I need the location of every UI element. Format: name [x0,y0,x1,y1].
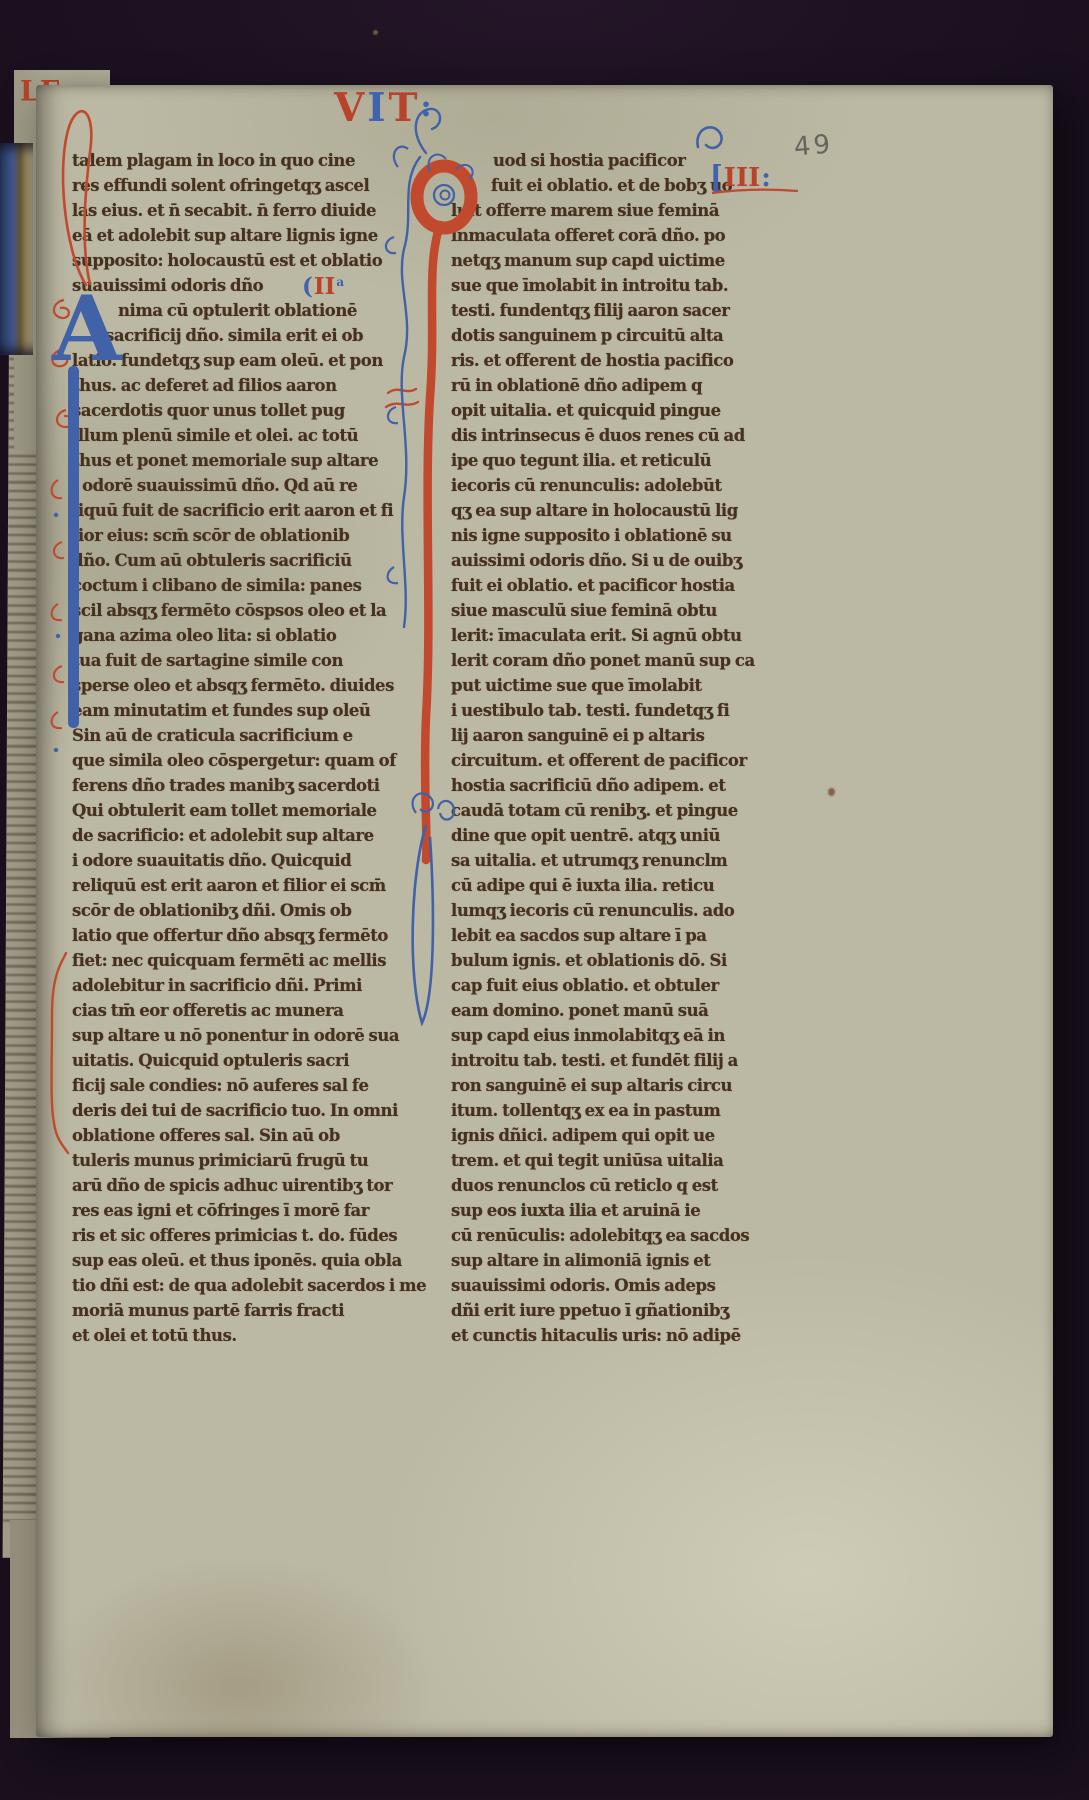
text-line: netqʒ manum sup capd uictime [451,248,783,274]
text-line: cū renūculis: adolebitqʒ ea sacdos [451,1223,783,1249]
text-line: et olei et totū thus. [72,1323,380,1349]
text-line: lumqʒ iecoris cū renunculis. ado [451,898,783,924]
text-line: sup altare in alimoniā ignis et [451,1248,783,1274]
text-line: coctum i clibano de simila: panes [72,573,380,599]
text-line: sup eas oleū. et thus iponēs. quia obla [72,1248,380,1274]
text-line: latio. fundetqʒ sup eam oleū. et pon [72,348,380,374]
text-line: i odore suauitatis dño. Quicquid [72,848,380,874]
chapter-numeral: II [314,273,336,300]
text-line: trem. et qui tegit uniūsa uitalia [451,1148,783,1174]
text-line: et cunctis hitaculis uris: nō adipē [451,1323,783,1349]
text-line: res effundi solent ofringetqʒ ascel [72,173,380,199]
manuscript-page: V I T : 49 talem plagam in loco in quo c… [36,85,1053,1737]
text-line: thus et ponet memoriale sup altare [72,448,380,474]
text-line: circuitum. et offerent de pacificor [451,748,783,774]
paraph-mark: ( [302,273,313,300]
text-line: ris. et offerent de hostia pacifico [451,348,783,374]
text-line: eam minutatim et fundes sup oleū [72,698,380,724]
text-line: opit uitalia. et quicquid pingue [451,398,783,424]
text-line: dis intrinsecus ē duos renes cū ad [451,423,783,449]
stain-speck [373,30,378,35]
left-text-column: talem plagam in loco in quo cineres effu… [72,148,380,1348]
text-line: arū dño de spicis adhuc uirentibʒ tor [72,1173,380,1199]
text-line: i odorē suauissimū dño. Qd aū re [72,473,380,499]
text-line: nima cū optulerit oblationē [72,298,380,324]
text-line: tua fuit de sartagine simile con [72,648,380,674]
text-line: ron sanguinē ei sup altaris circu [451,1073,783,1099]
text-line: reliquū est erit aaron et filior ei scm̄ [72,873,380,899]
text-line: introitu tab. testi. et fundēt filij a [451,1048,783,1074]
text-line: qʒ ea sup altare in holocaustū lig [451,498,783,524]
text-line: auissimi odoris dño. Si u de ouibʒ [451,548,783,574]
text-line: sue que īmolabit in introitu tab. [451,273,783,299]
text-line: dño. Cum aū obtuleris sacrificiū [72,548,380,574]
text-line: cū adipe qui ē iuxta ilia. reticu [451,873,783,899]
text-line: latio que offertur dño absqʒ fermēto [72,923,380,949]
text-line: oblatione offeres sal. Sin aū ob [72,1123,380,1149]
text-line: illum plenū simile et olei. ac totū [72,423,380,449]
manuscript-photo: LE V I T : 49 talem plagam in loco in qu… [0,0,1089,1800]
text-line: iecoris cū renunculis: adolebūt [451,473,783,499]
running-title-colon: : [421,85,432,129]
text-line: dñi erit iure ppetuo ī gñationibʒ [451,1298,783,1324]
text-line: adolebitur in sacrificio dñi. Primi [72,973,380,999]
text-line: tio dñi est: de qua adolebit sacerdos i … [72,1273,380,1299]
running-title-letter: V [334,85,364,131]
text-line: cap fuit eius oblatio. et obtuler [451,973,783,999]
text-line: luit offerre marem siue feminā [451,198,783,224]
text-line: deris dei tui de sacrificio tuo. In omni [72,1098,380,1124]
chapter-suffix: a [336,275,344,289]
text-line: sa uitalia. et utrumqʒ renunclm [451,848,783,874]
text-line: inmaculata offeret corā dño. po [451,223,783,249]
text-line: thus. ac deferet ad filios aaron [72,373,380,399]
text-line: Sin aū de craticula sacrificium e [72,723,380,749]
text-line: talem plagam in loco in quo cine [72,148,380,174]
text-line: lerit coram dño ponet manū sup ca [451,648,783,674]
text-line: eā et adolebit sup altare lignis igne [72,223,380,249]
text-line: dotis sanguinem p circuitū alta [451,323,783,349]
text-line: sacerdotis quor unus tollet pug [72,398,380,424]
text-line: lior eius: scm̄ scōr de oblationib [72,523,380,549]
text-line: res eas igni et cōfringes ī morē far [72,1198,380,1224]
text-line: ignis dñici. adipem qui opit ue [451,1123,783,1149]
text-line: nis igne supposito i oblationē su [451,523,783,549]
text-line: duos renunclos cū reticlo q est [451,1173,783,1199]
paraph-mark: [ [710,160,723,196]
text-line: caudā totam cū renibʒ. et pingue [451,798,783,824]
text-line: sperse oleo et absqʒ fermēto. diuides [72,673,380,699]
intercolumn-flourish-marks [386,389,418,407]
text-line: rū in oblationē dño adipem q [451,373,783,399]
text-line: liquū fuit de sacrificio erit aaron et f… [72,498,380,524]
text-line: fuit ei oblatio. et pacificor hostia [451,573,783,599]
text-line: ferens dño trades manibʒ sacerdoti [72,773,380,799]
running-title-letter: I [367,85,385,131]
text-line: lebit ea sacdos sup altare ī pa [451,923,783,949]
text-line: testi. fundentqʒ filij aaron sacer [451,298,783,324]
text-line: sup eos iuxta ilia et aruinā ie [451,1198,783,1224]
text-line: i uestibulo tab. testi. fundetqʒ fi [451,698,783,724]
text-line: uitatis. Quicquid optuleris sacri [72,1048,380,1074]
running-title-letter: T [389,85,418,131]
text-line: sup capd eius inmolabitqʒ eā in [451,1023,783,1049]
text-line: que simila oleo cōspergetur: quam of [72,748,380,774]
text-line: las eius. et n̄ secabit. n̄ ferro diuide [72,198,380,224]
text-line: lij aaron sanguinē ei p altaris [451,723,783,749]
text-line: sup altare u nō ponentur in odorē sua [72,1023,380,1049]
chapter-mark-ii: ( II a [302,273,344,300]
text-line: ris et sic offeres primicias t. do. fūde… [72,1223,380,1249]
chapter-colon: : [761,163,771,193]
text-line: moriā munus partē farris fracti [72,1298,380,1324]
text-line: dine que opit uentrē. atqʒ uniū [451,823,783,849]
text-line: ipe quo tegunt ilia. et reticulū [451,448,783,474]
text-line: fiet: nec quicquam fermēti ac mellis [72,948,380,974]
text-line: put uictime sue que īmolabit [451,673,783,699]
running-title: V I T : [334,85,432,137]
text-line: scōr de oblationibʒ dñi. Omis ob [72,898,380,924]
folio-number: 49 [793,129,835,162]
text-line: ficij sale condies: nō auferes sal fe [72,1073,380,1099]
text-line: suauissimi odoris. Omis adeps [451,1273,783,1299]
text-line: tuleris munus primiciarū frugū tu [72,1148,380,1174]
text-line: de sacrificio: et adolebit sup altare [72,823,380,849]
text-line: bulum ignis. et oblationis dō. Si [451,948,783,974]
text-line: gana azima oleo lita: si oblatio [72,623,380,649]
text-line: siue masculū siue feminā obtu [451,598,783,624]
text-line: Qui obtulerit eam tollet memoriale [72,798,380,824]
text-line: sacrificij dño. simila erit ei ob [72,323,380,349]
text-line: itum. tollentqʒ ex ea in pastum [451,1098,783,1124]
text-line: hostia sacrificiū dño adipem. et [451,773,783,799]
text-line: supposito: holocaustū est et oblatio [72,248,380,274]
text-line: eam domino. ponet manū suā [451,998,783,1024]
text-line: scil absqʒ fermēto cōspsos oleo et la [72,598,380,624]
text-line: lerit: īmaculata erit. Si agnū obtu [451,623,783,649]
margin-bracket [52,953,69,1153]
illuminated-initial-fragment [0,143,33,355]
chapter-numeral: III [724,163,761,193]
chapter-mark-iii: [ III : [710,162,771,193]
text-line: cias tm̄ eor offeretis ac munera [72,998,380,1024]
ink-speck [828,788,835,796]
right-text-column: uod si hostia pacificorfuit ei oblatio. … [451,148,783,1348]
